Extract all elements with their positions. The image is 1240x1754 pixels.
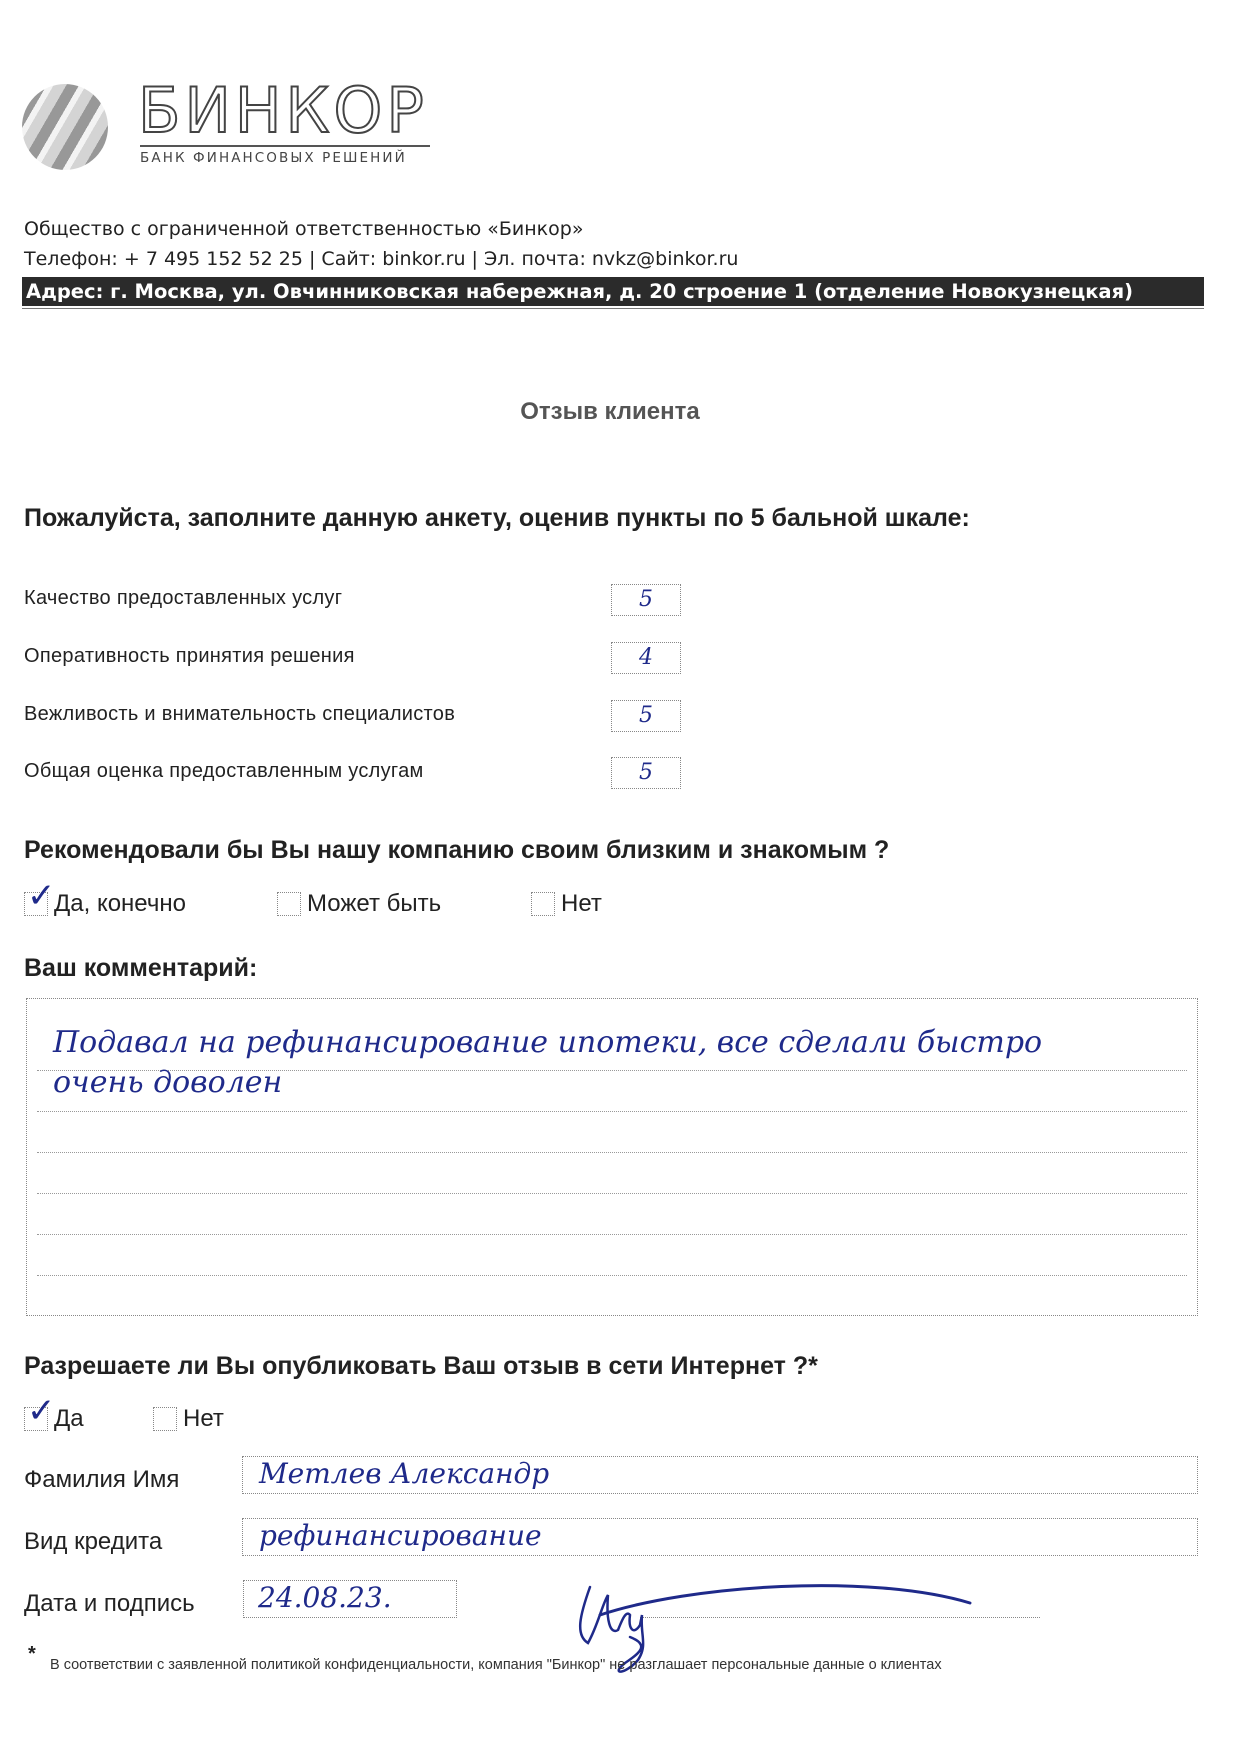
page-title: Отзыв клиента — [0, 398, 1220, 426]
ruled-line — [37, 1275, 1187, 1276]
name-label: Фамилия Имя — [24, 1466, 179, 1494]
check-mark-icon: ✓ — [27, 879, 56, 913]
publish-option-yes[interactable]: ✓ Да — [24, 1405, 84, 1433]
publish-option-no[interactable]: Нет — [153, 1405, 224, 1433]
instructions: Пожалуйста, заполните данную анкету, оце… — [24, 504, 970, 533]
comment-textarea[interactable]: Подавал на рефинансирование ипотеки, все… — [26, 998, 1198, 1316]
header-divider — [22, 308, 1204, 309]
rating-label-quality: Качество предоставленных услуг — [24, 587, 342, 610]
checkbox-yes[interactable]: ✓ — [24, 892, 48, 916]
ruled-line — [37, 1193, 1187, 1194]
rating-label-overall: Общая оценка предоставленным услугам — [24, 760, 424, 783]
logo-tagline: БАНК ФИНАНСОВЫХ РЕШЕНИЙ — [140, 150, 407, 166]
option-label: Может быть — [307, 890, 441, 918]
check-mark-icon: ✓ — [27, 1394, 56, 1428]
date-value: 24.08.23. — [258, 1581, 392, 1614]
company-name: Общество с ограниченной ответственностью… — [24, 218, 583, 240]
logo-divider — [140, 145, 430, 147]
credit-type-field[interactable]: рефинансирование — [242, 1518, 1198, 1556]
checkbox-no[interactable] — [531, 892, 555, 916]
option-label: Нет — [183, 1405, 224, 1433]
name-field[interactable]: Метлев Александр — [242, 1456, 1198, 1494]
privacy-footnote: В соответствии с заявленной политикой ко… — [50, 1657, 942, 1673]
recommend-option-maybe[interactable]: Может быть — [277, 890, 441, 918]
logo-title: БИНКОР — [138, 80, 428, 142]
comment-heading: Ваш комментарий: — [24, 954, 257, 983]
company-contacts: Телефон: + 7 495 152 52 25 | Сайт: binko… — [24, 248, 738, 270]
recommend-option-no[interactable]: Нет — [531, 890, 602, 918]
credit-type-label: Вид кредита — [24, 1528, 162, 1556]
option-label: Нет — [561, 890, 602, 918]
rating-input-overall[interactable]: 5 — [611, 757, 681, 789]
rating-label-speed: Оперативность принятия решения — [24, 645, 355, 668]
option-label: Да, конечно — [54, 890, 186, 918]
footnote-asterisk: * — [28, 1643, 36, 1666]
name-value: Метлев Александр — [259, 1457, 549, 1490]
company-address: Адрес: г. Москва, ул. Овчинниковская наб… — [26, 280, 1133, 303]
checkbox-no[interactable] — [153, 1407, 177, 1431]
recommend-option-yes[interactable]: ✓ Да, конечно — [24, 890, 186, 918]
rating-label-politeness: Вежливость и внимательность специалистов — [24, 703, 455, 726]
logo-sphere-icon — [22, 84, 108, 170]
ruled-line — [37, 1111, 1187, 1112]
credit-type-value: рефинансирование — [259, 1519, 542, 1552]
checkbox-maybe[interactable] — [277, 892, 301, 916]
ruled-line — [37, 1152, 1187, 1153]
ruled-line — [37, 1234, 1187, 1235]
date-field[interactable]: 24.08.23. — [243, 1580, 457, 1618]
rating-input-politeness[interactable]: 5 — [611, 700, 681, 732]
option-label: Да — [54, 1405, 84, 1433]
checkbox-yes[interactable]: ✓ — [24, 1407, 48, 1431]
publish-question: Разрешаете ли Вы опубликовать Ваш отзыв … — [24, 1352, 818, 1381]
comment-line-2: очень доволен — [53, 1065, 282, 1100]
comment-line-1: Подавал на рефинансирование ипотеки, все… — [53, 1025, 1042, 1060]
date-signature-label: Дата и подпись — [24, 1590, 195, 1618]
rating-input-quality[interactable]: 5 — [611, 584, 681, 616]
rating-input-speed[interactable]: 4 — [611, 642, 681, 674]
recommend-question: Рекомендовали бы Вы нашу компанию своим … — [24, 836, 889, 865]
